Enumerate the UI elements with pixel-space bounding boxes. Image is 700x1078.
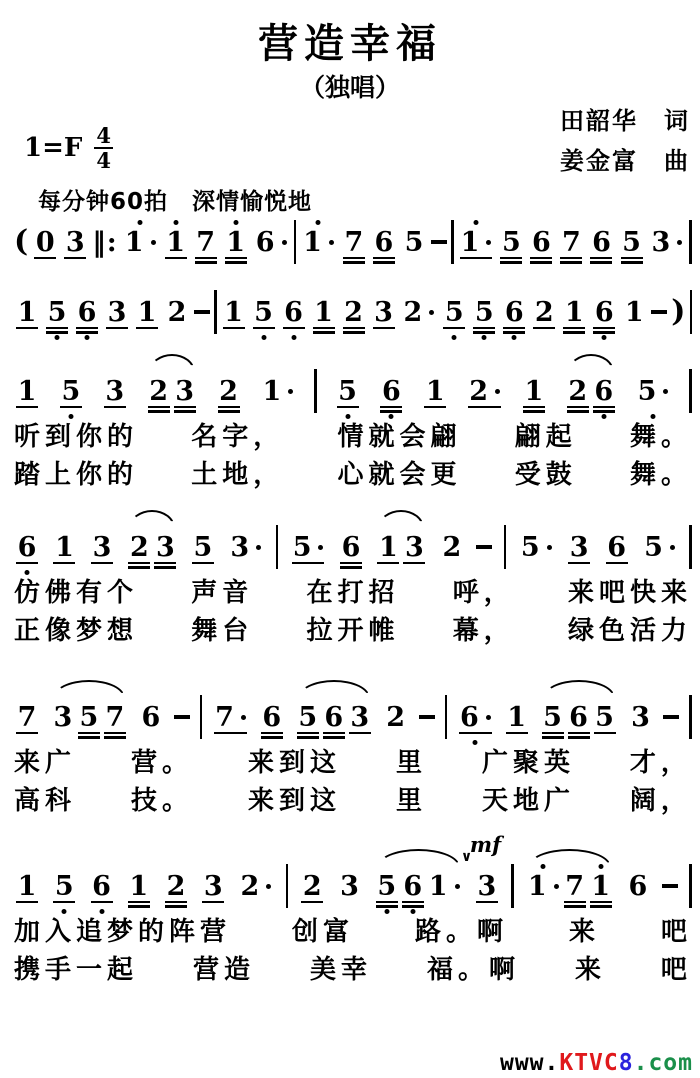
dynamic-mark: mf <box>470 832 501 857</box>
note: 5 <box>374 863 400 909</box>
note-digit: 5 <box>502 229 521 256</box>
augmentation-dot <box>329 240 334 245</box>
note-digit: 3 <box>374 299 393 326</box>
parenthesis: ( <box>14 227 28 257</box>
note-digit: 1 <box>224 299 243 326</box>
note: 6 <box>338 524 364 570</box>
octave-dot-below <box>512 335 517 340</box>
note-digit: 1 <box>262 378 281 405</box>
note: 1 <box>126 863 152 909</box>
augmentation-dot <box>554 884 559 889</box>
octave-dot-above <box>233 220 238 225</box>
augmentation-dot <box>151 240 156 245</box>
note-digit: 5 <box>622 229 641 256</box>
note-digit: 6 <box>592 229 611 256</box>
note: 3 <box>89 524 115 570</box>
note-digit: 6 <box>324 704 343 731</box>
note: 3 <box>566 524 592 570</box>
lyric-segment: 创富 <box>292 911 354 948</box>
note-digit: 2 <box>167 873 186 900</box>
lyric-segment: 绿色活力 <box>568 610 692 647</box>
note: 7 <box>558 219 584 265</box>
note-digit: 6 <box>607 534 626 561</box>
lyric-segment: 高科 <box>14 780 76 817</box>
note: 5 <box>441 289 467 335</box>
note: 3 <box>62 219 88 265</box>
barline <box>451 220 454 264</box>
watermark-site: KTVC <box>559 1050 618 1076</box>
note-digit: 3 <box>570 534 589 561</box>
slur-group: 171 <box>525 863 614 909</box>
octave-dot-above <box>173 220 178 225</box>
note: 1 <box>163 219 189 265</box>
note: 3 <box>371 289 397 335</box>
slur-group: 565 <box>540 694 618 740</box>
note: 3 <box>104 289 130 335</box>
barline <box>689 695 692 739</box>
octave-dot-below <box>482 335 487 340</box>
note-digit: 2 <box>219 378 238 405</box>
note-digit: 3 <box>66 229 85 256</box>
note-digit: 5 <box>80 704 99 731</box>
note-digit: 3 <box>405 534 424 561</box>
note-digit: 1 <box>528 873 547 900</box>
note-digit: 3 <box>156 534 175 561</box>
note-digit: 6 <box>505 299 524 326</box>
note: 3 <box>50 694 76 740</box>
note-digit: 6 <box>78 299 97 326</box>
notation-line: 153232156121265 <box>14 368 692 414</box>
note-digit: 1 <box>18 299 37 326</box>
note: 1 <box>521 368 547 414</box>
note: 3 <box>401 524 427 570</box>
note: 3 <box>152 524 178 570</box>
note-digit: 1 <box>591 873 610 900</box>
lyric-segment: 来 <box>569 911 600 948</box>
note: 5 <box>635 368 672 414</box>
octave-dot-above <box>138 220 143 225</box>
lyric-segment: 来到这 <box>248 742 341 779</box>
note: 3 <box>200 863 226 909</box>
note-digit: 1 <box>565 299 584 326</box>
lyric-segment: 阔， <box>630 780 692 817</box>
note: 6 <box>528 219 554 265</box>
barline <box>504 525 507 569</box>
note: 0 <box>32 219 58 265</box>
duration-dash <box>662 884 678 888</box>
lyric-segment: 携手一起 <box>14 949 138 986</box>
note: 5 <box>190 524 216 570</box>
note: 1 <box>51 524 77 570</box>
note: 7 <box>562 863 588 909</box>
note-digit: 7 <box>18 704 37 731</box>
note-digit: 1 <box>507 704 526 731</box>
note-digit: 5 <box>61 378 80 405</box>
lyric-segment: 吧 <box>661 949 692 986</box>
lyric-segment: 来到这 <box>248 780 341 817</box>
octave-dot-above <box>541 864 546 869</box>
note: 5 <box>58 368 84 414</box>
notation-line: (03‖:1171617651567653 <box>14 219 692 265</box>
note-digit: 3 <box>54 704 73 731</box>
slur-group: 357 <box>50 694 128 740</box>
note: 5 <box>295 694 321 740</box>
augmentation-dot <box>486 715 491 720</box>
lyric-segment: 技。 <box>131 780 193 817</box>
barline <box>690 290 693 334</box>
note: 2 <box>299 863 325 909</box>
note: 6 <box>604 524 630 570</box>
score-body: (03‖:11716176515676531563121561232556216… <box>0 0 700 1078</box>
note-digit: 1 <box>18 378 37 405</box>
note: 1 <box>588 863 614 909</box>
note: 7 <box>193 219 219 265</box>
duration-dash <box>476 545 492 549</box>
slur-group: 563 <box>295 694 373 740</box>
note-digit: 2 <box>568 378 587 405</box>
augmentation-dot <box>429 310 434 315</box>
note-digit: 6 <box>375 229 394 256</box>
note-digit: 2 <box>241 873 260 900</box>
note: 1 <box>259 368 296 414</box>
note: 7 <box>341 219 367 265</box>
note: 1 <box>426 863 463 909</box>
octave-dot-below <box>261 335 266 340</box>
note: 2 <box>341 289 367 335</box>
system-6: 1561232235613∨mf1716加入追梦的阵营创富路。啊来吧携手一起营造… <box>14 863 692 985</box>
note: 5 <box>540 694 566 740</box>
lyric-segment: 营造 <box>193 949 255 986</box>
note: 1 <box>122 219 159 265</box>
note: 2 <box>383 694 409 740</box>
lyric-segment: 受鼓 <box>515 454 577 491</box>
note-digit: 5 <box>298 704 317 731</box>
system-2: 15631215612325562161) <box>14 289 692 335</box>
lyric-segment: 土地， <box>191 454 284 491</box>
system-4: 6132353561325365仿佛有个声音在打招呼，来吧快来正像梦想舞台拉开帷… <box>14 524 692 646</box>
note-digit: 3 <box>340 873 359 900</box>
note: 6 <box>591 289 617 335</box>
note-digit: 3 <box>93 534 112 561</box>
lyric-segment: 幕， <box>453 610 515 647</box>
watermark: www.KTVC8.com <box>500 1050 693 1076</box>
barline <box>286 864 289 908</box>
note: 1 <box>561 289 587 335</box>
augmentation-dot <box>266 884 271 889</box>
note-digit: 2 <box>386 704 405 731</box>
note-digit: 1 <box>18 873 37 900</box>
augmentation-dot <box>241 715 246 720</box>
duration-dash <box>174 715 190 719</box>
note: 1 <box>14 289 40 335</box>
note-digit: 5 <box>445 299 464 326</box>
barline <box>689 369 692 413</box>
barline <box>200 695 203 739</box>
note-digit: 2 <box>168 299 187 326</box>
lyric-line: 来广营。来到这里广聚英才， <box>14 742 692 778</box>
note-digit: 2 <box>404 299 423 326</box>
note-digit: 7 <box>562 229 581 256</box>
note-digit: 5 <box>377 873 396 900</box>
lyric-segment: 听到你的 <box>14 416 138 453</box>
slur-group: 561 <box>374 863 463 909</box>
note: 5 <box>51 863 77 909</box>
augmentation-dot <box>547 545 552 550</box>
barline <box>689 864 692 908</box>
note-digit: 2 <box>303 873 322 900</box>
augmentation-dot <box>670 545 675 550</box>
note: 5 <box>471 289 497 335</box>
note: 5 <box>251 289 277 335</box>
note-digit: 5 <box>521 534 540 561</box>
note-digit: 2 <box>149 378 168 405</box>
note: 2 <box>216 368 242 414</box>
octave-dot-above <box>598 864 603 869</box>
note-digit: 6 <box>18 534 37 561</box>
notation-line: 73576765632615653 <box>14 694 692 740</box>
note-digit: 6 <box>628 873 647 900</box>
repeat-sign: ‖: <box>92 229 117 256</box>
note: 2 <box>401 289 438 335</box>
note: 5 <box>44 289 70 335</box>
note-digit: 1 <box>129 873 148 900</box>
lyric-segment: 呼， <box>453 572 515 609</box>
watermark-number: 8 <box>619 1050 634 1076</box>
lyric-segment: 来吧快来 <box>568 572 692 609</box>
note: 5 <box>401 219 427 265</box>
note-digit: 5 <box>405 229 424 256</box>
note: 2 <box>146 368 172 414</box>
augmentation-dot <box>288 389 293 394</box>
octave-dot-below <box>410 909 415 914</box>
augmentation-dot <box>495 389 500 394</box>
note: 6 <box>74 289 100 335</box>
slur-group: 23 <box>126 524 178 570</box>
lyric-segment: 才， <box>630 742 692 779</box>
note-digit: 5 <box>338 378 357 405</box>
note-digit: 5 <box>254 299 273 326</box>
note: 1 <box>221 289 247 335</box>
note: 1 <box>134 289 160 335</box>
note: 6 <box>378 368 404 414</box>
note: 5 <box>518 524 555 570</box>
lyric-segment: 广聚英 <box>482 742 575 779</box>
lyric-segment: 天地广 <box>482 780 575 817</box>
lyric-segment: 心就会更 <box>337 454 461 491</box>
lyric-segment: 路。啊 <box>415 911 508 948</box>
note-digit: 1 <box>524 378 543 405</box>
octave-dot-below <box>345 414 350 419</box>
note: 2 <box>531 289 557 335</box>
note-digit: 1 <box>125 229 144 256</box>
note: 2 <box>565 368 591 414</box>
note: 6 <box>321 694 347 740</box>
note: 1 <box>14 863 40 909</box>
note-digit: 7 <box>215 704 234 731</box>
lyric-segment: 美幸 <box>310 949 372 986</box>
note-digit: 5 <box>475 299 494 326</box>
lyric-segment: 正像梦想 <box>14 610 138 647</box>
note-digit: 1 <box>55 534 74 561</box>
octave-dot-below <box>651 414 656 419</box>
lyric-segment: 吧 <box>661 911 692 948</box>
note: 3 <box>337 863 363 909</box>
note-digit: 6 <box>342 534 361 561</box>
note-digit: 5 <box>595 704 614 731</box>
note-digit: 1 <box>429 873 448 900</box>
lyric-segment: 里 <box>396 742 427 779</box>
note-digit: 5 <box>293 534 312 561</box>
octave-dot-below <box>55 335 60 340</box>
note: 7 <box>102 694 128 740</box>
note: 3 <box>628 694 654 740</box>
note: 1 <box>422 368 448 414</box>
octave-dot-below <box>62 909 67 914</box>
note-digit: 6 <box>595 299 614 326</box>
lyric-segment: 舞台 <box>191 610 253 647</box>
note-digit: 2 <box>344 299 363 326</box>
system-1: (03‖:1171617651567653 <box>14 219 692 265</box>
lyric-segment: 营。 <box>131 742 193 779</box>
notation-line: 15631215612325562161) <box>14 289 692 335</box>
lyric-segment: 福。啊 <box>427 949 520 986</box>
note: 2 <box>439 524 465 570</box>
lyric-line: 仿佛有个声音在打招呼，来吧快来 <box>14 572 692 608</box>
note: 6 <box>625 863 651 909</box>
octave-dot-below <box>452 335 457 340</box>
octave-dot-below <box>473 740 478 745</box>
note: 6 <box>400 863 426 909</box>
note-digit: 1 <box>426 378 445 405</box>
note-digit: 6 <box>262 704 281 731</box>
note-digit: 2 <box>469 378 488 405</box>
augmentation-dot <box>455 884 460 889</box>
octave-dot-below <box>602 335 607 340</box>
lyric-segment: 里 <box>396 780 427 817</box>
note: 6 <box>457 694 494 740</box>
watermark-com: .com <box>634 1050 693 1076</box>
note-digit: 6 <box>594 378 613 405</box>
lyric-segment: 拉开帷 <box>306 610 399 647</box>
note-digit: 3 <box>652 229 671 256</box>
octave-dot-below <box>25 570 30 575</box>
barline <box>511 864 514 908</box>
note-digit: 3 <box>204 873 223 900</box>
note: 1 <box>525 863 562 909</box>
note-digit: 3 <box>175 378 194 405</box>
note: 3 <box>649 219 686 265</box>
note-digit: 6 <box>284 299 303 326</box>
note-digit: 0 <box>36 229 55 256</box>
note-digit: 3 <box>230 534 249 561</box>
note: 5 <box>498 219 524 265</box>
lyric-segment: 加入追梦的阵营 <box>14 911 231 948</box>
note: 6 <box>89 863 115 909</box>
lyric-segment: 在打招 <box>306 572 399 609</box>
note-digit: 1 <box>625 299 644 326</box>
note-digit: 1 <box>379 534 398 561</box>
barline <box>214 290 217 334</box>
lyric-segment: 情就会翩 <box>337 416 461 453</box>
note-digit: 5 <box>194 534 213 561</box>
octave-dot-below <box>99 909 104 914</box>
note: 6 <box>138 694 164 740</box>
note: 6 <box>281 289 307 335</box>
lyric-line: 踏上你的土地，心就会更受鼓舞。 <box>14 454 692 490</box>
note-digit: 1 <box>138 299 157 326</box>
lyric-segment: 名字， <box>191 416 284 453</box>
note-digit: 1 <box>226 229 245 256</box>
note-digit: 5 <box>644 534 663 561</box>
note: 5 <box>335 368 361 414</box>
slur-group: 26 <box>565 368 617 414</box>
lyric-segment: 来 <box>575 949 606 986</box>
note-digit: 6 <box>382 378 401 405</box>
note-digit: 3 <box>477 873 496 900</box>
note-digit: 7 <box>106 704 125 731</box>
note: 6 <box>371 219 397 265</box>
note: 3∨mf <box>474 863 500 909</box>
note-digit: 6 <box>403 873 422 900</box>
note-digit: 2 <box>443 534 462 561</box>
duration-dash <box>663 715 679 719</box>
note-digit: 1 <box>166 229 185 256</box>
note-digit: 6 <box>141 704 160 731</box>
note: 2 <box>238 863 275 909</box>
watermark-www: www. <box>500 1050 559 1076</box>
lyric-segment: 声音 <box>191 572 253 609</box>
lyric-segment: 舞。 <box>630 454 692 491</box>
augmentation-dot <box>677 240 682 245</box>
slur-group: 23 <box>146 368 198 414</box>
note-digit: 1 <box>303 229 322 256</box>
duration-dash <box>431 240 447 244</box>
octave-dot-below <box>68 414 73 419</box>
system-5: 73576765632615653来广营。来到这里广聚英才，高科技。来到这里天地… <box>14 694 692 816</box>
notation-line: 6132353561325365 <box>14 524 692 570</box>
augmentation-dot <box>318 545 323 550</box>
lyric-segment: 来广 <box>14 742 76 779</box>
note: 1 <box>223 219 249 265</box>
note-digit: 5 <box>638 378 657 405</box>
note: 2 <box>126 524 152 570</box>
barline <box>314 369 317 413</box>
lyric-line: 携手一起营造美幸福。啊来吧 <box>14 949 692 985</box>
barline <box>276 525 279 569</box>
note: 1 <box>458 219 495 265</box>
barline <box>294 220 297 264</box>
note-digit: 2 <box>535 299 554 326</box>
note: 1 <box>375 524 401 570</box>
barline <box>689 525 692 569</box>
duration-dash <box>651 310 667 314</box>
note: 1 <box>14 368 40 414</box>
duration-dash <box>194 310 210 314</box>
lyric-line: 正像梦想舞台拉开帷幕，绿色活力 <box>14 610 692 646</box>
barline <box>445 695 448 739</box>
lyric-segment: 翩起 <box>515 416 577 453</box>
slur-group: 13 <box>375 524 427 570</box>
note: 1 <box>621 289 647 335</box>
note: 6 <box>588 219 614 265</box>
note: 6 <box>501 289 527 335</box>
lyric-segment: 踏上你的 <box>14 454 138 491</box>
note: 5 <box>592 694 618 740</box>
sheet-music-page: 营造幸福 （独唱） 田韶华 词 姜金富 曲 1=F 4 4 每分钟60拍 深情愉… <box>0 0 700 1078</box>
note-digit: 7 <box>565 873 584 900</box>
notation-line: 1561232235613∨mf1716 <box>14 863 692 909</box>
note-digit: 6 <box>256 229 275 256</box>
